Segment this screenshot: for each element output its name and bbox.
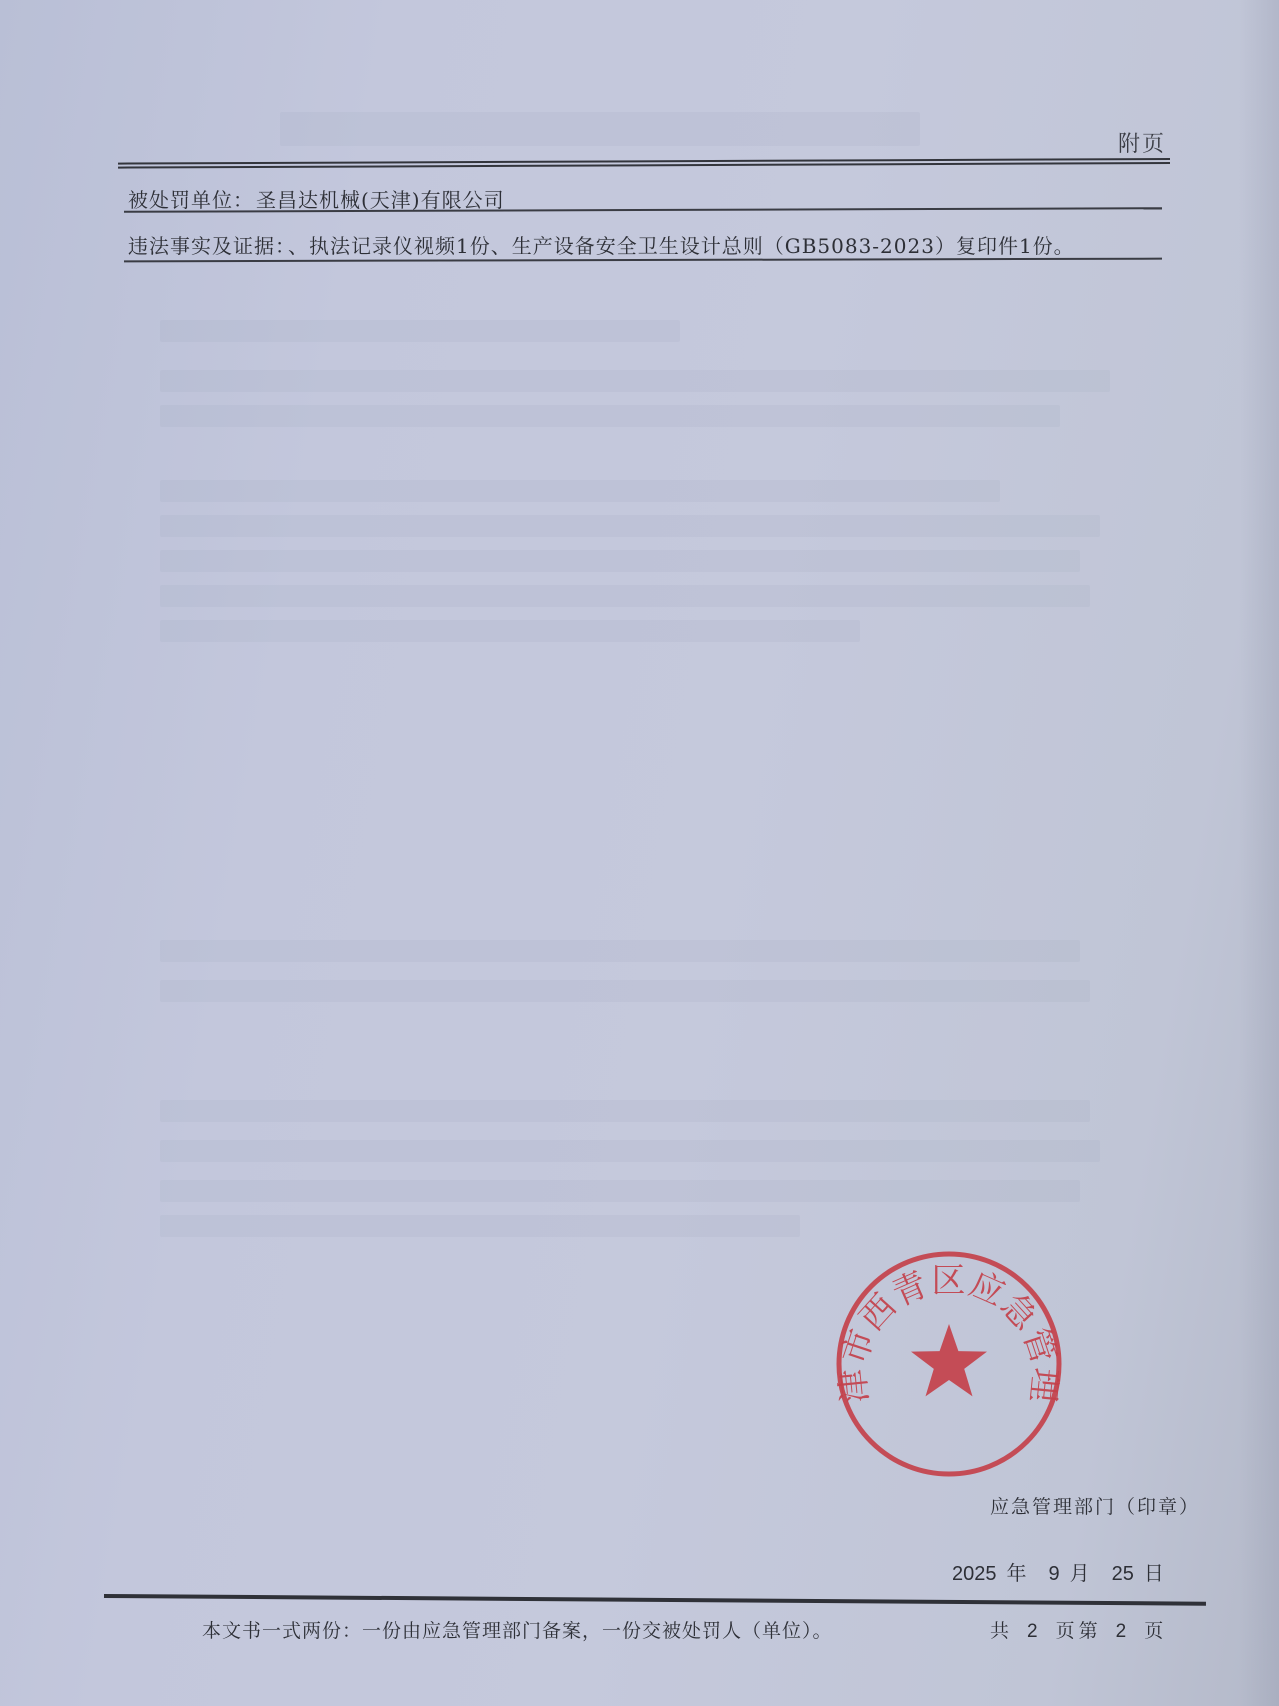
page-edge-shadow <box>1239 0 1279 1706</box>
official-seal-stamp: 天津市西青区应急管理局 <box>833 1248 1065 1480</box>
date-year: 2025 <box>952 1563 997 1585</box>
bleed-through <box>160 405 1060 427</box>
bleed-through <box>160 1100 1090 1122</box>
star-icon <box>911 1324 987 1396</box>
footer-rule <box>104 1594 1206 1606</box>
footer-note: 本文书一式两份：一份由应急管理部门备案，一份交被处罚人（单位）。 <box>202 1616 833 1643</box>
date-day: 25 <box>1112 1563 1134 1585</box>
date-month: 9 <box>1049 1563 1060 1585</box>
penalized-unit-label: 被处罚单位： <box>128 188 254 212</box>
seal-caption: 应急管理部门（印章） <box>990 1492 1200 1519</box>
total-unit: 页 <box>1056 1621 1075 1642</box>
total-pages: 2 <box>1027 1621 1038 1642</box>
evidence-label: 违法事实及证据： <box>128 234 286 258</box>
current-prefix: 第 <box>1079 1621 1098 1642</box>
bleed-through <box>160 1140 1100 1162</box>
date-year-unit: 年 <box>1007 1563 1027 1585</box>
bleed-through <box>280 112 920 146</box>
bleed-through <box>160 1215 800 1237</box>
bleed-through <box>160 980 1090 1002</box>
penalized-unit-field: 被处罚单位：圣昌达机械(天津)有限公司 <box>128 184 505 213</box>
date-day-unit: 日 <box>1144 1563 1164 1585</box>
bleed-through <box>160 1180 1080 1202</box>
penalized-unit-value: 圣昌达机械(天津)有限公司 <box>256 188 505 212</box>
bleed-through <box>160 620 860 642</box>
evidence-field: 违法事实及证据：、执法记录仪视频1份、生产设备安全卫生设计总则（GB5083-2… <box>128 230 1075 259</box>
page-counter: 共2页第2页 <box>990 1616 1181 1643</box>
bleed-through <box>160 515 1100 537</box>
issue-date: 2025年9月25日 <box>952 1557 1174 1586</box>
document-page: 附页 被处罚单位：圣昌达机械(天津)有限公司 违法事实及证据：、执法记录仪视频1… <box>0 0 1279 1706</box>
bleed-through <box>160 320 680 342</box>
evidence-value: 、执法记录仪视频1份、生产设备安全卫生设计总则（GB5083-2023）复印件1… <box>288 234 1075 258</box>
bleed-through <box>160 480 1000 502</box>
attachment-page-label: 附页 <box>1118 127 1166 158</box>
date-month-unit: 月 <box>1070 1563 1090 1585</box>
bleed-through <box>160 940 1080 962</box>
header-double-rule <box>118 158 1170 169</box>
bleed-through <box>160 370 1110 392</box>
bleed-through <box>160 550 1080 572</box>
total-prefix: 共 <box>990 1621 1009 1642</box>
bleed-through <box>160 585 1090 607</box>
current-unit: 页 <box>1144 1621 1163 1642</box>
current-page: 2 <box>1116 1621 1127 1642</box>
